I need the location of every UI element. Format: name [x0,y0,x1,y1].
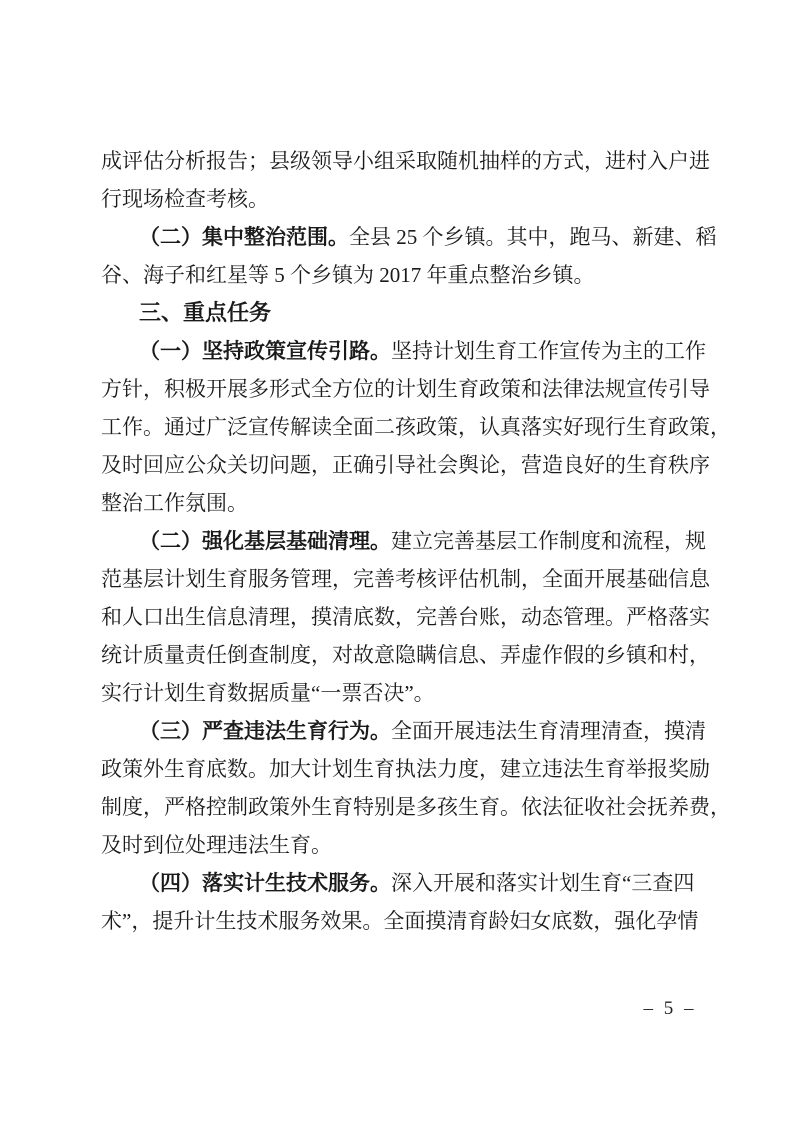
line-text: 谷、海子和红星等 5 个乡镇为 2017 年重点整治乡镇。 [101,263,595,287]
line-text: 制度，严格控制政策外生育特别是多孩生育。依法征收社会抚养费， [101,795,731,819]
document-body: 成评估分析报告；县级领导小组采取随机抽样的方式，进村入户进 行现场检查考核。 （… [101,142,713,940]
paragraph-start-line: （一）坚持政策宣传引路。坚持计划生育工作宣传为主的工作 [101,332,713,370]
paragraph-lead-bold: （二）集中整治范围。 [139,225,349,249]
text-line: 和人口出生信息清理，摸清底数，完善台账，动态管理。严格落实 [101,598,713,636]
text-line: 及时到位处理违法生育。 [101,826,713,864]
paragraph-start-line: （四）落实计生技术服务。深入开展和落实计划生育“三查四 [101,864,713,902]
line-text: 工作。通过广泛宣传解读全面二孩政策，认真落实好现行生育政策， [101,415,731,439]
line-text: 政策外生育底数。加大计划生育执法力度，建立违法生育举报奖励 [101,757,710,781]
line-text: 和人口出生信息清理，摸清底数，完善台账，动态管理。严格落实 [101,605,710,629]
paragraph-start-line: （二）集中整治范围。全县 25 个乡镇。其中，跑马、新建、稻 [101,218,713,256]
text-line: 行现场检查考核。 [101,180,713,218]
document-page: 成评估分析报告；县级领导小组采取随机抽样的方式，进村入户进 行现场检查考核。 （… [0,0,793,1122]
line-text: 深入开展和落实计划生育“三查四 [391,871,694,895]
line-text: 全县 25 个乡镇。其中，跑马、新建、稻 [349,225,717,249]
paragraph-lead-bold: （三）严查违法生育行为。 [139,719,391,743]
text-line: 整治工作氛围。 [101,484,713,522]
line-text: 坚持计划生育工作宣传为主的工作 [391,339,706,363]
line-text: 全面开展违法生育清理清查，摸清 [391,719,706,743]
paragraph-lead-bold: （二）强化基层基础清理。 [139,529,391,553]
text-line: 政策外生育底数。加大计划生育执法力度，建立违法生育举报奖励 [101,750,713,788]
text-line: 术”，提升计生技术服务效果。全面摸清育龄妇女底数，强化孕情 [101,902,713,940]
line-text: 实行计划生育数据质量“一票否决”。 [101,681,435,705]
text-line: 方针，积极开展多形式全方位的计划生育政策和法律法规宣传引导 [101,370,713,408]
line-text: 建立完善基层工作制度和流程，规 [391,529,706,553]
text-line: 实行计划生育数据质量“一票否决”。 [101,674,713,712]
line-text: 行现场检查考核。 [101,187,269,211]
section-heading: 三、重点任务 [101,294,713,332]
text-line: 成评估分析报告；县级领导小组采取随机抽样的方式，进村入户进 [101,142,713,180]
line-text: 范基层计划生育服务管理，完善考核评估机制，全面开展基础信息 [101,567,710,591]
text-line: 制度，严格控制政策外生育特别是多孩生育。依法征收社会抚养费， [101,788,713,826]
text-line: 工作。通过广泛宣传解读全面二孩政策，认真落实好现行生育政策， [101,408,713,446]
paragraph-start-line: （二）强化基层基础清理。建立完善基层工作制度和流程，规 [101,522,713,560]
paragraph-lead-bold: （四）落实计生技术服务。 [139,871,391,895]
text-line: 及时回应公众关切问题，正确引导社会舆论，营造良好的生育秩序 [101,446,713,484]
line-text: 成评估分析报告；县级领导小组采取随机抽样的方式，进村入户进 [101,149,710,173]
line-text: 及时回应公众关切问题，正确引导社会舆论，营造良好的生育秩序 [101,453,710,477]
line-text: 整治工作氛围。 [101,491,248,515]
text-line: 范基层计划生育服务管理，完善考核评估机制，全面开展基础信息 [101,560,713,598]
text-line: 统计质量责任倒查制度，对故意隐瞒信息、弄虚作假的乡镇和村， [101,636,713,674]
line-text: 术”，提升计生技术服务效果。全面摸清育龄妇女底数，强化孕情 [101,909,698,933]
text-line: 谷、海子和红星等 5 个乡镇为 2017 年重点整治乡镇。 [101,256,713,294]
line-text: 及时到位处理违法生育。 [101,833,332,857]
paragraph-start-line: （三）严查违法生育行为。全面开展违法生育清理清查，摸清 [101,712,713,750]
line-text: 方针，积极开展多形式全方位的计划生育政策和法律法规宣传引导 [101,377,710,401]
line-text: 统计质量责任倒查制度，对故意隐瞒信息、弄虚作假的乡镇和村， [101,643,710,667]
page-number: – 5 – [628,998,712,1020]
paragraph-lead-bold: （一）坚持政策宣传引路。 [139,339,391,363]
